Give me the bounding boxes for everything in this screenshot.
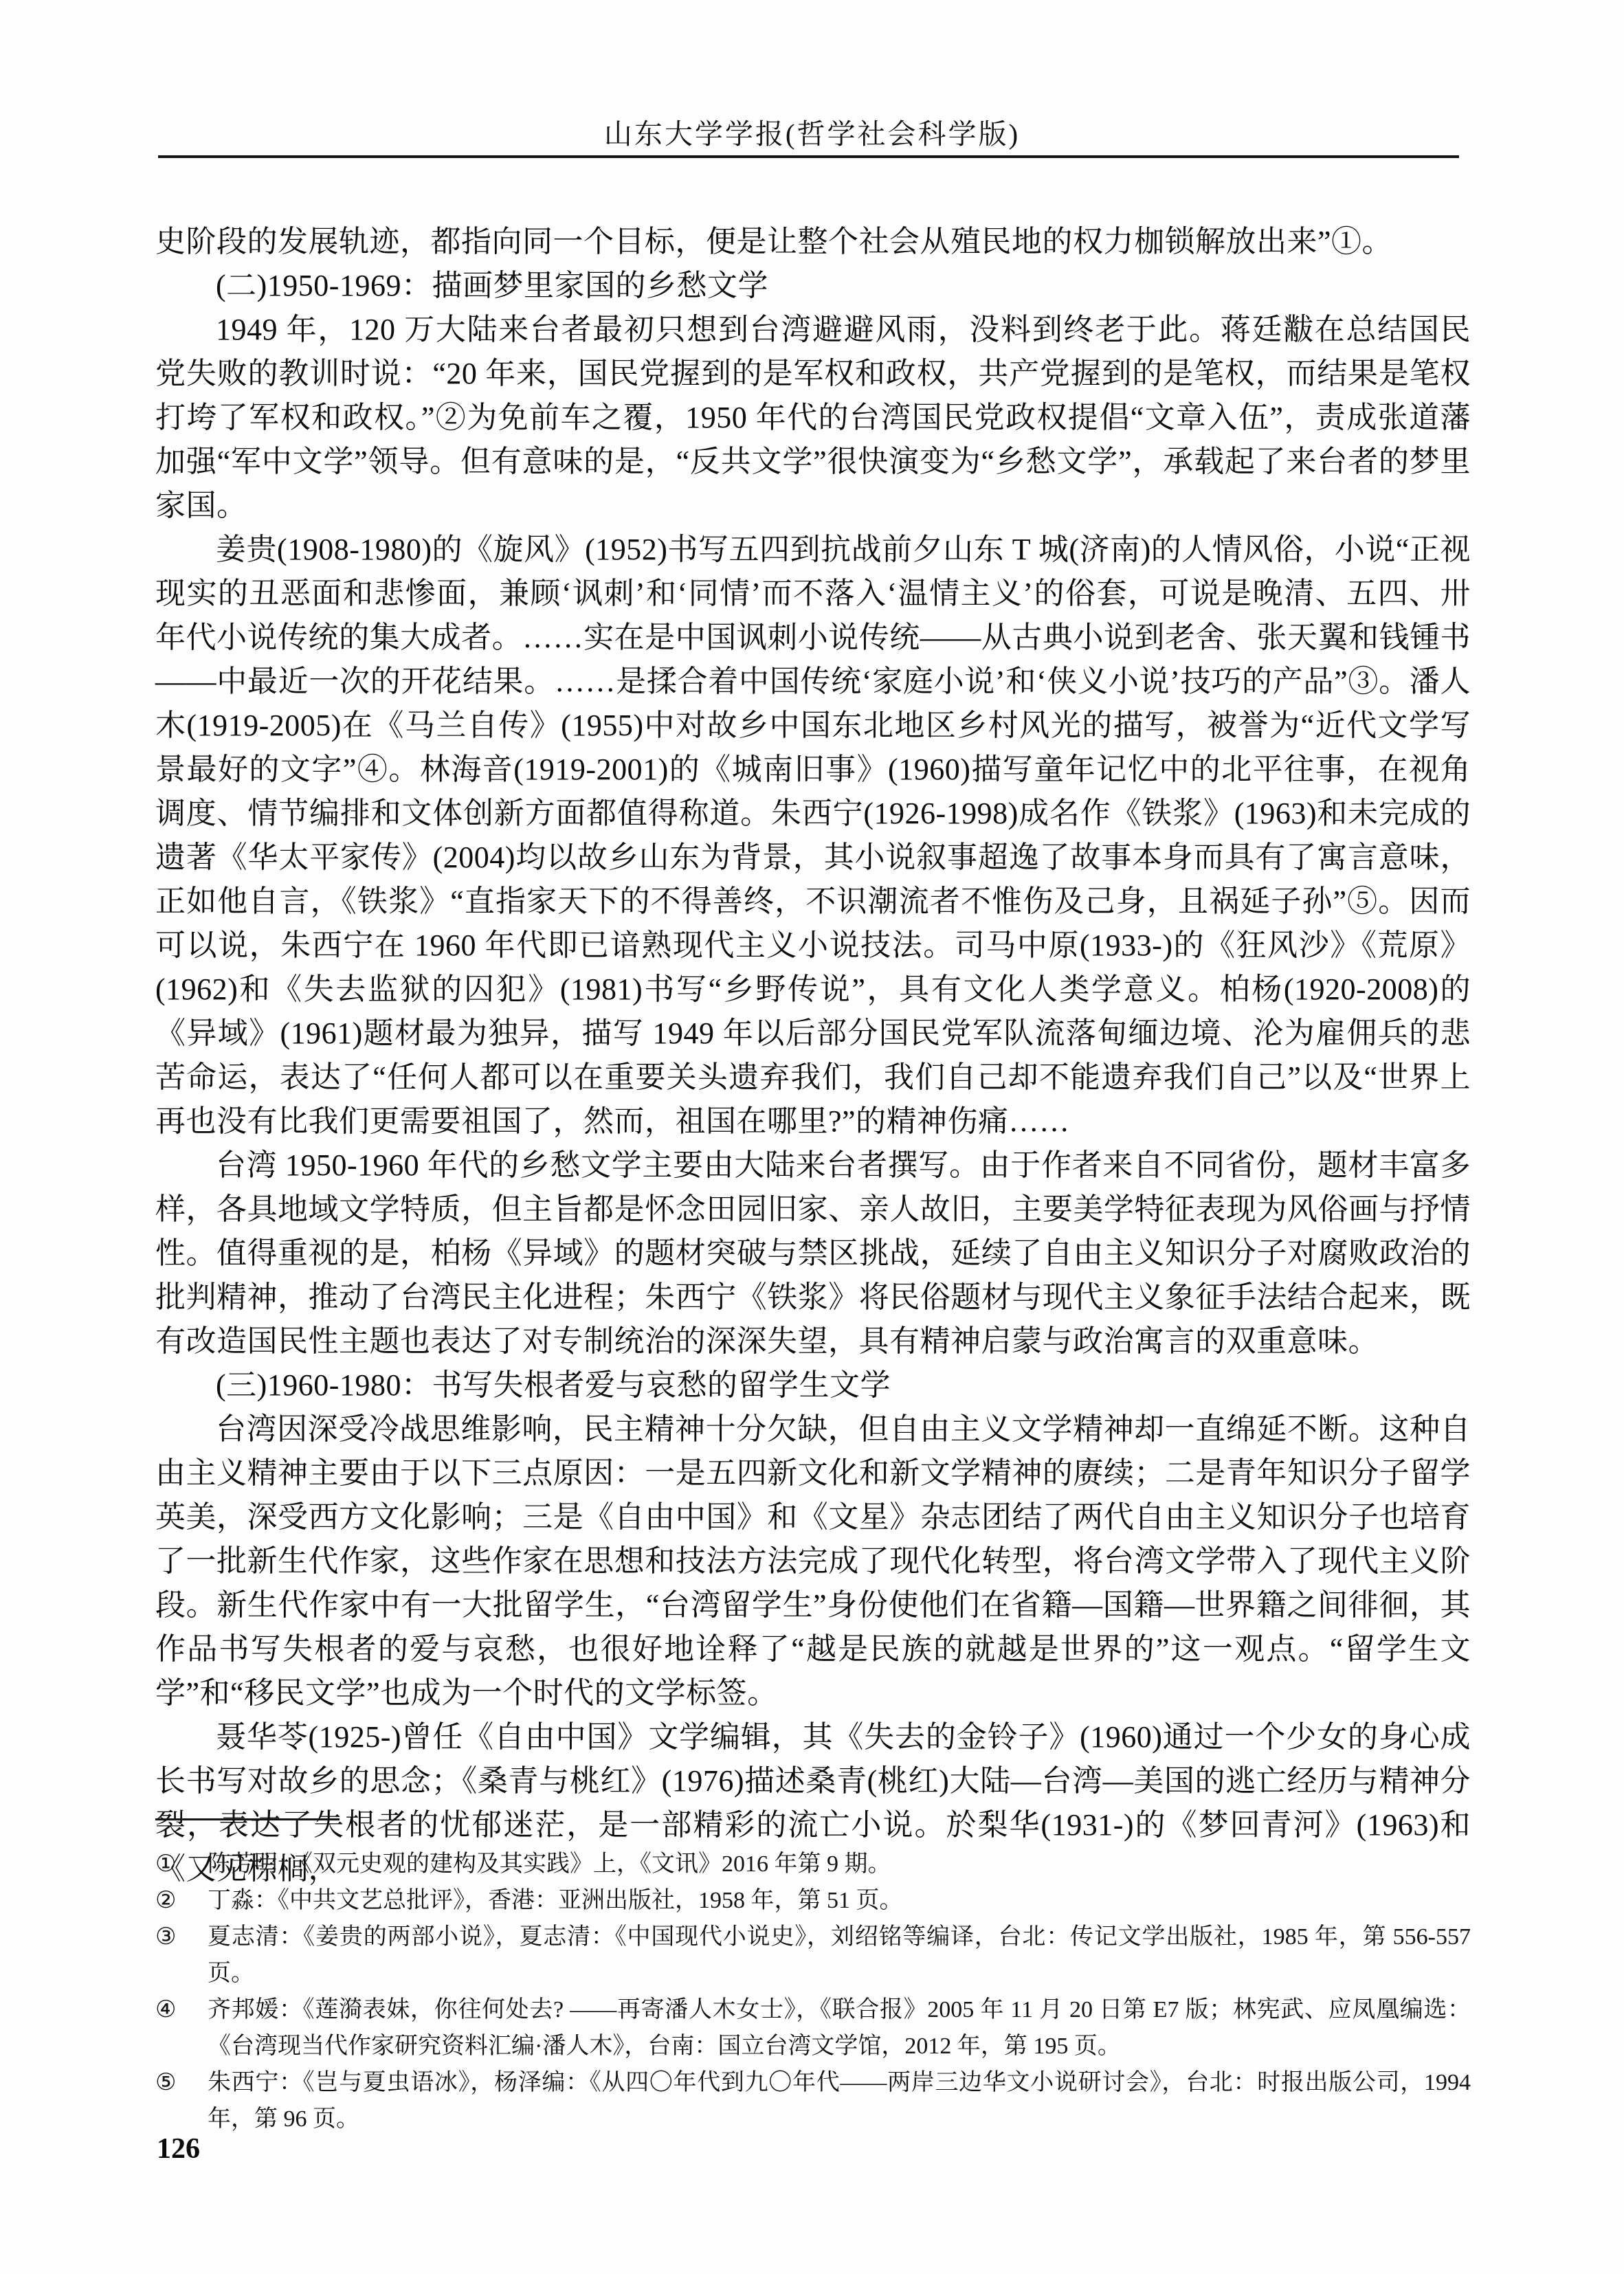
section-heading-3: (三)1960-1980：书写失根者爱与哀愁的留学生文学 xyxy=(155,1363,1471,1407)
footnote-marker: ② xyxy=(155,1882,208,1919)
footnotes-section: ① 陈芳明：《双元史观的建构及其实践》上，《文讯》2016 年第 9 期。 ② … xyxy=(155,1846,1471,2137)
footnote-item: ④ 齐邦媛：《莲漪表妹，你往何处去? ——再寄潘人木女士》，《联合报》2005 … xyxy=(155,1992,1471,2064)
footnote-item: ③ 夏志清：《姜贵的两部小说》，夏志清：《中国现代小说史》，刘绍铭等编译，台北：… xyxy=(155,1919,1471,1992)
footnote-item: ② 丁淼：《中共文艺总批评》，香港：亚洲出版社，1958 年，第 51 页。 xyxy=(155,1882,1471,1919)
footnote-text: 朱西宁：《岂与夏虫语冰》，杨泽编：《从四〇年代到九〇年代——两岸三边华文小说研讨… xyxy=(208,2064,1471,2137)
footnote-marker: ③ xyxy=(155,1919,208,1992)
paragraph: 台湾 1950-1960 年代的乡愁文学主要由大陆来台者撰写。由于作者来自不同省… xyxy=(155,1144,1471,1363)
journal-title: 山东大学学报(哲学社会科学版) xyxy=(0,111,1624,152)
journal-page: 山东大学学报(哲学社会科学版) 史阶段的发展轨迹，都指向同一个目标，便是让整个社… xyxy=(0,0,1624,2274)
footnote-marker: ⑤ xyxy=(155,2064,208,2137)
paragraph: 台湾因深受冷战思维影响，民主精神十分欠缺，但自由主义文学精神却一直绵延不断。这种… xyxy=(155,1407,1471,1715)
section-heading-2: (二)1950-1969：描画梦里家国的乡愁文学 xyxy=(155,264,1471,308)
footnote-text: 夏志清：《姜贵的两部小说》，夏志清：《中国现代小说史》，刘绍铭等编译，台北：传记… xyxy=(208,1919,1471,1992)
footnote-item: ① 陈芳明：《双元史观的建构及其实践》上，《文讯》2016 年第 9 期。 xyxy=(155,1846,1471,1882)
article-body: 史阶段的发展轨迹，都指向同一个目标，便是让整个社会从殖民地的权力枷锁解放出来”①… xyxy=(155,220,1471,1891)
footnote-marker: ① xyxy=(155,1846,208,1882)
page-number: 126 xyxy=(157,2132,200,2165)
footnote-text: 陈芳明：《双元史观的建构及其实践》上，《文讯》2016 年第 9 期。 xyxy=(208,1846,1471,1882)
footnote-separator xyxy=(155,1818,340,1820)
paragraph-continuation: 史阶段的发展轨迹，都指向同一个目标，便是让整个社会从殖民地的权力枷锁解放出来”①… xyxy=(155,220,1471,264)
footnote-text: 丁淼：《中共文艺总批评》，香港：亚洲出版社，1958 年，第 51 页。 xyxy=(208,1882,1471,1919)
header-rule xyxy=(158,155,1459,158)
footnote-item: ⑤ 朱西宁：《岂与夏虫语冰》，杨泽编：《从四〇年代到九〇年代——两岸三边华文小说… xyxy=(155,2064,1471,2137)
paragraph: 姜贵(1908-1980)的《旋风》(1952)书写五四到抗战前夕山东 T 城(… xyxy=(155,528,1471,1144)
footnote-marker: ④ xyxy=(155,1992,208,2064)
footnote-text: 齐邦媛：《莲漪表妹，你往何处去? ——再寄潘人木女士》，《联合报》2005 年 … xyxy=(208,1992,1471,2064)
paragraph: 1949 年，120 万大陆来台者最初只想到台湾避避风雨，没料到终老于此。蒋廷黻… xyxy=(155,308,1471,528)
